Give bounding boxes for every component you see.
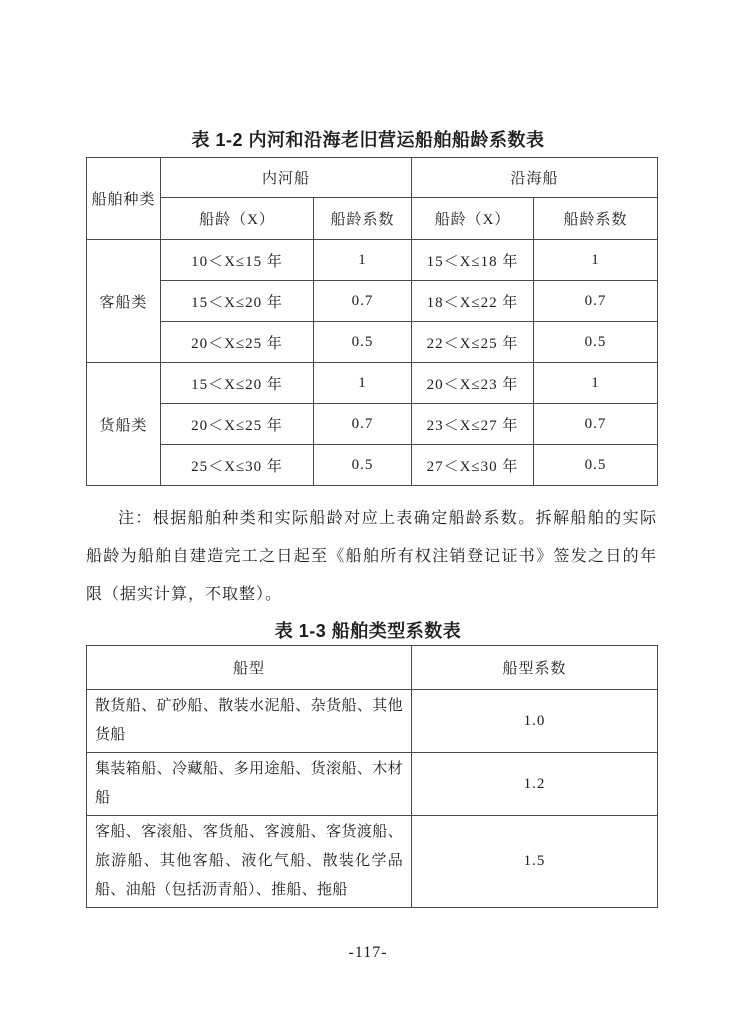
- note-paragraph: 注：根据船舶种类和实际船龄对应上表确定船龄系数。拆解船舶的实际船龄为船舶自建造完…: [86, 500, 657, 614]
- age-coefficient-table: 船舶种类 内河船 沿海船 船龄（X） 船龄系数 船龄（X） 船龄系数 客船类 1…: [86, 157, 658, 486]
- table-row: 客船、客滚船、客货船、客渡船、客货渡船、旅游船、其他客船、液化气船、散装化学品船…: [87, 816, 658, 908]
- ship-type-header-cell: 船型: [87, 646, 412, 690]
- age-range-cell: 10＜X≤15 年: [161, 240, 314, 281]
- ship-category-header-cell: 船舶种类: [87, 158, 161, 240]
- category-cell: 客船类: [87, 240, 161, 363]
- table-row: 船龄（X） 船龄系数 船龄（X） 船龄系数: [87, 198, 658, 240]
- table-1-3-title: 表 1-3 船舶类型系数表: [0, 620, 736, 642]
- coastal-age-header-cell: 船龄（X）: [412, 198, 534, 240]
- age-range-cell: 22＜X≤25 年: [412, 322, 534, 363]
- table-row: 集装箱船、冷藏船、多用途船、货滚船、木材船 1.2: [87, 753, 658, 816]
- age-range-cell: 23＜X≤27 年: [412, 404, 534, 445]
- coefficient-cell: 0.5: [534, 322, 658, 363]
- table-row: 20＜X≤25 年 0.7 23＜X≤27 年 0.7: [87, 404, 658, 445]
- ship-type-cell: 集装箱船、冷藏船、多用途船、货滚船、木材船: [87, 753, 412, 816]
- age-range-cell: 27＜X≤30 年: [412, 445, 534, 486]
- coefficient-cell: 1: [314, 240, 412, 281]
- type-coefficient-cell: 1.2: [412, 753, 658, 816]
- ship-type-cell: 散货船、矿砂船、散装水泥船、杂货船、其他货船: [87, 690, 412, 753]
- coastal-ship-header-cell: 沿海船: [412, 158, 658, 198]
- inland-ship-header-cell: 内河船: [161, 158, 412, 198]
- table-1-2-title: 表 1-2 内河和沿海老旧营运船舶船龄系数表: [0, 129, 736, 151]
- ship-type-coefficient-table: 船型 船型系数 散货船、矿砂船、散装水泥船、杂货船、其他货船 1.0 集装箱船、…: [86, 645, 658, 908]
- coefficient-cell: 0.7: [534, 404, 658, 445]
- type-coefficient-cell: 1.0: [412, 690, 658, 753]
- coefficient-cell: 1: [534, 240, 658, 281]
- ship-type-cell: 客船、客滚船、客货船、客渡船、客货渡船、旅游船、其他客船、液化气船、散装化学品船…: [87, 816, 412, 908]
- age-range-cell: 15＜X≤20 年: [161, 363, 314, 404]
- coefficient-cell: 0.5: [534, 445, 658, 486]
- table-row: 货船类 15＜X≤20 年 1 20＜X≤23 年 1: [87, 363, 658, 404]
- age-range-cell: 20＜X≤23 年: [412, 363, 534, 404]
- coefficient-cell: 0.5: [314, 445, 412, 486]
- page-number: -117-: [0, 942, 736, 964]
- type-coeff-header-cell: 船型系数: [412, 646, 658, 690]
- table-row: 船舶种类 内河船 沿海船: [87, 158, 658, 198]
- table-row: 25＜X≤30 年 0.5 27＜X≤30 年 0.5: [87, 445, 658, 486]
- inland-age-header-cell: 船龄（X）: [161, 198, 314, 240]
- table-row: 船型 船型系数: [87, 646, 658, 690]
- coefficient-cell: 0.7: [314, 281, 412, 322]
- coastal-coeff-header-cell: 船龄系数: [534, 198, 658, 240]
- inland-coeff-header-cell: 船龄系数: [314, 198, 412, 240]
- type-coefficient-cell: 1.5: [412, 816, 658, 908]
- age-range-cell: 18＜X≤22 年: [412, 281, 534, 322]
- document-page: { "page": { "number": "-117-" }, "t12": …: [0, 0, 736, 1009]
- age-range-cell: 15＜X≤18 年: [412, 240, 534, 281]
- table-row: 客船类 10＜X≤15 年 1 15＜X≤18 年 1: [87, 240, 658, 281]
- coefficient-cell: 0.7: [314, 404, 412, 445]
- table-row: 散货船、矿砂船、散装水泥船、杂货船、其他货船 1.0: [87, 690, 658, 753]
- age-range-cell: 20＜X≤25 年: [161, 404, 314, 445]
- age-range-cell: 25＜X≤30 年: [161, 445, 314, 486]
- table-row: 20＜X≤25 年 0.5 22＜X≤25 年 0.5: [87, 322, 658, 363]
- coefficient-cell: 1: [314, 363, 412, 404]
- age-range-cell: 15＜X≤20 年: [161, 281, 314, 322]
- table-row: 15＜X≤20 年 0.7 18＜X≤22 年 0.7: [87, 281, 658, 322]
- category-cell: 货船类: [87, 363, 161, 486]
- coefficient-cell: 0.7: [534, 281, 658, 322]
- age-range-cell: 20＜X≤25 年: [161, 322, 314, 363]
- coefficient-cell: 1: [534, 363, 658, 404]
- coefficient-cell: 0.5: [314, 322, 412, 363]
